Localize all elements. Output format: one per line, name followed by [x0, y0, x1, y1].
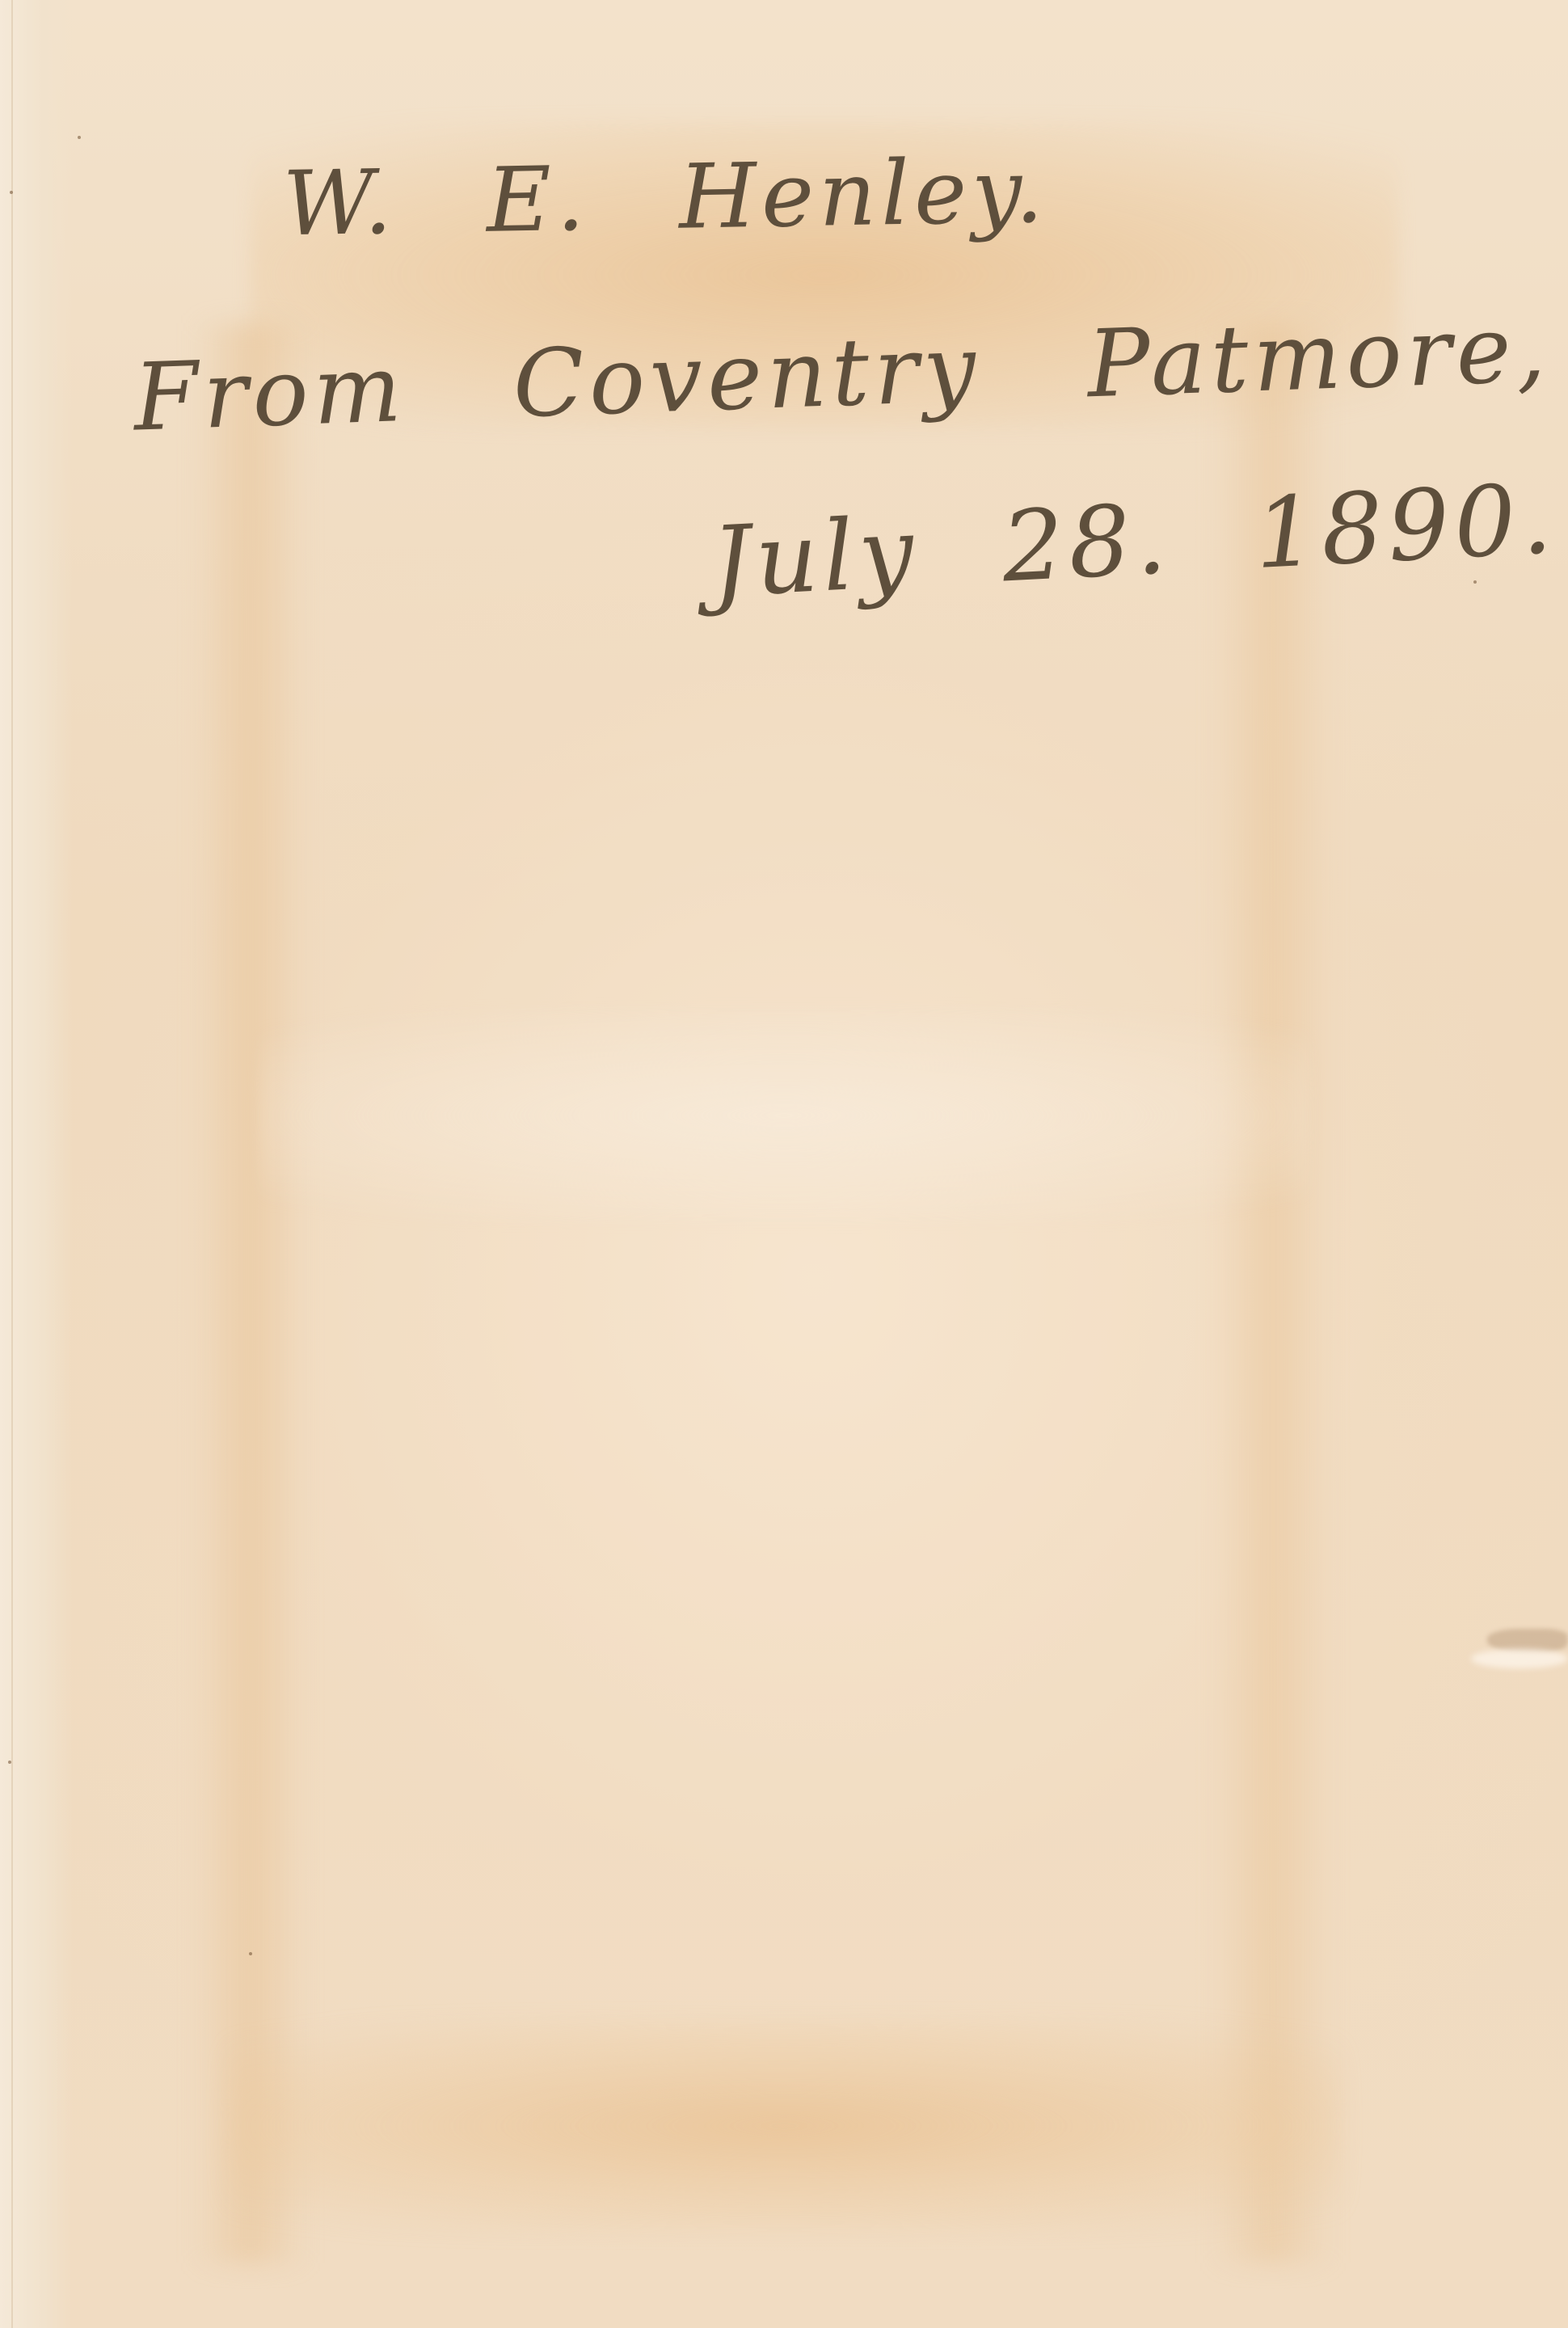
inscription-from-line: From Coventry Patmore,	[132, 294, 1552, 452]
paper-speck	[8, 1761, 11, 1764]
paper-speck	[249, 1952, 252, 1955]
foxing-stain-bottom	[226, 2021, 1342, 2231]
book-flyleaf-page: W. E. Henley. From Coventry Patmore, Jul…	[0, 0, 1568, 2328]
handwritten-inscription: W. E. Henley. From Coventry Patmore, Jul…	[0, 0, 1568, 727]
pale-area	[259, 1010, 1309, 1221]
paper-tear-highlight	[1471, 1649, 1568, 1668]
inscription-date: July 28. 1890.	[709, 463, 1559, 620]
inscription-recipient: W. E. Henley.	[282, 139, 1049, 256]
